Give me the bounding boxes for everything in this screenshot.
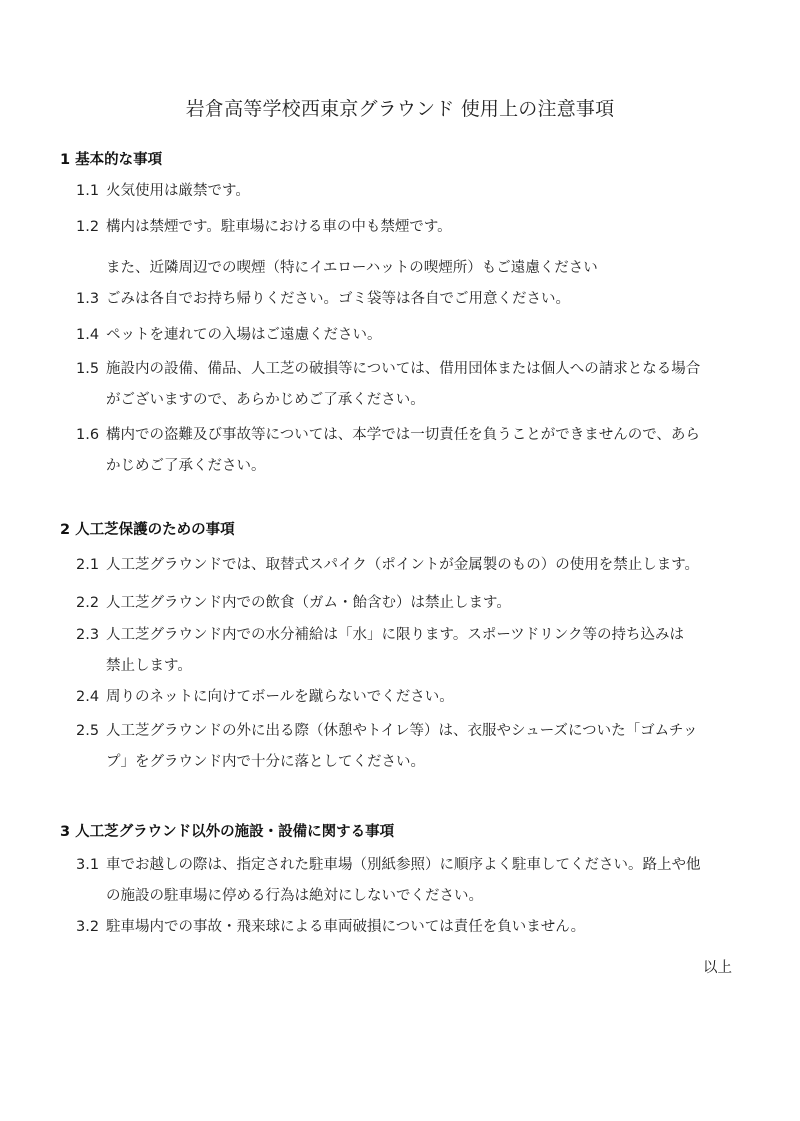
section-heading-3: 3 人工芝グラウンド以外の施設・設備に関する事項 — [60, 820, 394, 841]
list-item-1-1: 1.1火気使用は厳禁です。 — [76, 176, 736, 207]
item-text: 周りのネットに向けてボールを蹴らないでください。 — [106, 689, 454, 705]
item-text-continued: の施設の駐車場に停める行為は絶対にしないでください。 — [76, 881, 736, 912]
item-text: 車でお越しの際は、指定された駐車場（別紙参照）に順序よく駐車してください。路上や… — [106, 857, 701, 873]
list-item-3-1: 3.1車でお越しの際は、指定された駐車場（別紙参照）に順序よく駐車してください。… — [76, 850, 736, 912]
list-item-1-6: 1.6構内での盗難及び事故等については、本学では一切責任を負うことができませんの… — [76, 420, 736, 482]
item-number: 1.6 — [76, 420, 106, 451]
item-text: 構内は禁煙です。駐車場における車の中も禁煙です。 — [106, 219, 452, 235]
item-number: 1.3 — [76, 284, 106, 315]
item-text-continued: かじめご了承ください。 — [76, 451, 736, 482]
item-text-continued: プ」をグラウンド内で十分に落としてください。 — [76, 747, 736, 778]
list-item-1-3: 1.3ごみは各自でお持ち帰りください。ゴミ袋等は各自でご用意ください。 — [76, 284, 736, 315]
list-item-2-2: 2.2人工芝グラウンド内での飲食（ガム・飴含む）は禁止します。 — [76, 588, 736, 619]
section-heading-1: 1 基本的な事項 — [60, 148, 162, 169]
list-item-3-2: 3.2駐車場内での事故・飛来球による車両破損については責任を負いません。 — [76, 912, 736, 943]
item-text: ごみは各自でお持ち帰りください。ゴミ袋等は各自でご用意ください。 — [106, 291, 570, 307]
item-number: 2.3 — [76, 620, 106, 651]
item-number: 3.2 — [76, 912, 106, 943]
list-item-1-4: 1.4ペットを連れての入場はご遠慮ください。 — [76, 320, 736, 351]
list-item-2-1: 2.1人工芝グラウンドでは、取替式スパイク（ポイントが金属製のもの）の使用を禁止… — [76, 550, 736, 581]
list-item-1-5: 1.5施設内の設備、備品、人工芝の破損等については、借用団体または個人への請求と… — [76, 354, 736, 416]
list-item-1-2-note: また、近隣周辺での喫煙（特にイエローハットの喫煙所）もご遠慮ください — [106, 256, 598, 277]
document-title: 岩倉高等学校西東京グラウンド 使用上の注意事項 — [0, 94, 800, 121]
list-item-2-5: 2.5人工芝グラウンドの外に出る際（休憩やトイレ等）は、衣服やシューズについた「… — [76, 716, 736, 778]
list-item-1-2: 1.2構内は禁煙です。駐車場における車の中も禁煙です。 — [76, 212, 736, 243]
item-number: 1.4 — [76, 320, 106, 351]
list-item-2-4: 2.4周りのネットに向けてボールを蹴らないでください。 — [76, 682, 736, 713]
item-text: 人工芝グラウンドでは、取替式スパイク（ポイントが金属製のもの）の使用を禁止します… — [106, 557, 699, 573]
closing-text: 以上 — [703, 956, 732, 977]
item-number: 1.2 — [76, 212, 106, 243]
item-text: 駐車場内での事故・飛来球による車両破損については責任を負いません。 — [106, 919, 585, 935]
item-number: 2.5 — [76, 716, 106, 747]
item-text: 人工芝グラウンド内での水分補給は「水」に限ります。スポーツドリンク等の持ち込みは — [106, 627, 684, 643]
item-text: 人工芝グラウンドの外に出る際（休憩やトイレ等）は、衣服やシューズについた「ゴムチ… — [106, 723, 697, 739]
item-text: 施設内の設備、備品、人工芝の破損等については、借用団体または個人への請求となる場… — [106, 361, 700, 377]
item-text-continued: がございますので、あらかじめご了承ください。 — [76, 385, 736, 416]
item-text: 人工芝グラウンド内での飲食（ガム・飴含む）は禁止します。 — [106, 595, 511, 611]
item-number: 1.1 — [76, 176, 106, 207]
item-number: 3.1 — [76, 850, 106, 881]
item-number: 2.4 — [76, 682, 106, 713]
item-text-continued: 禁止します。 — [76, 651, 736, 682]
list-item-2-3: 2.3人工芝グラウンド内での水分補給は「水」に限ります。スポーツドリンク等の持ち… — [76, 620, 736, 682]
item-number: 2.1 — [76, 550, 106, 581]
item-number: 1.5 — [76, 354, 106, 385]
item-text: 火気使用は厳禁です。 — [106, 183, 250, 199]
item-text: ペットを連れての入場はご遠慮ください。 — [106, 327, 382, 343]
item-text: 構内での盗難及び事故等については、本学では一切責任を負うことができませんので、あ… — [106, 427, 700, 443]
section-heading-2: 2 人工芝保護のための事項 — [60, 518, 235, 539]
item-number: 2.2 — [76, 588, 106, 619]
